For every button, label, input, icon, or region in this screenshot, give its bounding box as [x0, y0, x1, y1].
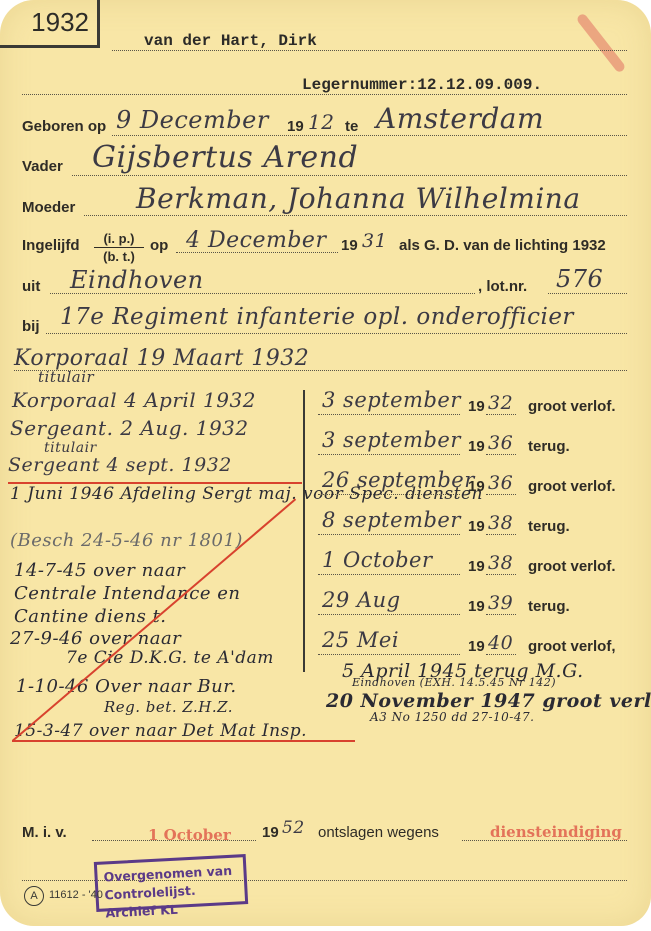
discharge-date-stamp: 1 October: [148, 826, 231, 844]
origin-label: uit: [22, 278, 40, 295]
mother-label: Moeder: [22, 199, 75, 216]
discharge-reason-stamp: diensteindiging: [490, 823, 622, 841]
enlisted-suffix: als G. D. van de lichting 1932: [399, 237, 606, 254]
row-year-prefix: 19: [468, 478, 485, 495]
row-year-suffix: 36: [488, 432, 513, 454]
enlisted-dotted-line: [176, 252, 338, 253]
unit-value: 17e Regiment infanterie opl. onderoffici…: [60, 304, 574, 330]
fraction-bar: [94, 247, 144, 248]
discharge-year-suffix: 52: [282, 818, 305, 838]
row-status: terug.: [528, 598, 570, 615]
column-divider: [303, 390, 305, 672]
archive-stamp: Overgenomen van Controlelijst. Archief K…: [94, 854, 248, 912]
father-dotted-line: [72, 175, 627, 176]
enlisted-date: 4 December: [186, 228, 326, 253]
enlisted-fraction: (i. p.) (b. t.): [94, 231, 144, 264]
row-date: 26 september: [322, 468, 475, 492]
red-cancel-line-bottom: [12, 740, 355, 742]
row-year-suffix: 40: [488, 632, 513, 654]
row-status: terug.: [528, 438, 570, 455]
origin-place: Eindhoven: [70, 266, 204, 294]
birth-te-label: te: [345, 118, 358, 135]
left-entry: Korporaal 4 April 1932: [12, 388, 256, 412]
discharge-year-prefix: 19: [262, 824, 279, 841]
left-entry: 1-10-46 Over naar Bur.: [16, 676, 237, 697]
row-year-suffix: 38: [488, 512, 513, 534]
row-date: 3 september: [322, 428, 461, 452]
left-entry: 15-3-47 over naar Det Mat Insp.: [14, 721, 307, 741]
row-status: terug.: [528, 518, 570, 535]
red-cancel-line-top: [8, 482, 302, 484]
mother-dotted-line: [84, 215, 627, 216]
row-year-prefix: 19: [468, 598, 485, 615]
lot-number-label: , lot.nr.: [478, 278, 527, 295]
row-year-dotted-line: [486, 494, 516, 495]
origin-dotted-line: [50, 293, 475, 294]
row-year-prefix: 19: [468, 558, 485, 575]
left-entry: Sergeant. 2 Aug. 1932: [10, 416, 249, 440]
birth-place: Amsterdam: [376, 102, 544, 135]
extra-entry-small: A3 No 1250 dd 27-10-47.: [370, 710, 534, 724]
row-year-prefix: 19: [468, 438, 485, 455]
row-date-dotted-line: [318, 454, 460, 455]
soldier-name: van der Hart, Dirk: [144, 32, 317, 50]
row-date-dotted-line: [318, 414, 460, 415]
enlisted-year-suffix: 31: [362, 230, 387, 252]
extra-entry: 20 November 1947 groot verlof.: [326, 690, 651, 712]
left-entry: Centrale Intendance en: [14, 583, 240, 604]
row-status: groot verlof.: [528, 398, 616, 415]
father-name: Gijsbertus Arend: [92, 140, 358, 175]
left-entry-pencil: (Besch 24-5-46 nr 1801): [10, 530, 243, 551]
name-dotted-line: [112, 50, 627, 51]
row-year-suffix: 32: [488, 392, 513, 414]
row-year-suffix: 38: [488, 552, 513, 574]
lichting-year-box: 1932: [0, 0, 100, 48]
birth-year-suffix: 12: [308, 110, 334, 134]
left-entry: 7e Cie D.K.G. te A'dam: [66, 648, 274, 668]
row-date: 25 Mei: [322, 628, 399, 652]
birth-year-prefix: 19: [287, 118, 304, 135]
army-number: Legernummer:12.12.09.009.: [302, 76, 542, 94]
enlisted-op-label: op: [150, 237, 168, 254]
row-year-dotted-line: [486, 574, 516, 575]
fraction-bottom: (b. t.): [94, 249, 144, 264]
row-year-prefix: 19: [468, 398, 485, 415]
row-year-dotted-line: [486, 654, 516, 655]
row-year-dotted-line: [486, 614, 516, 615]
left-entry: 14-7-45 over naar: [14, 560, 185, 581]
lot-dotted-line: [548, 293, 627, 294]
left-entry: Sergeant 4 sept. 1932: [8, 454, 232, 476]
left-entry: Reg. bet. Z.H.Z.: [104, 698, 233, 716]
unit-dotted-line: [46, 333, 627, 334]
military-record-card: 1932 van der Hart, Dirk Legernummer:12.1…: [0, 0, 651, 926]
row-year-dotted-line: [486, 414, 516, 415]
discharge-label: M. i. v.: [22, 824, 67, 841]
left-entry: Cantine diens t.: [14, 606, 167, 627]
left-entry: 27-9-46 over naar: [10, 628, 181, 649]
row-date-dotted-line: [318, 614, 460, 615]
red-crayon-mark: [576, 12, 627, 73]
birth-label: Geboren op: [22, 118, 106, 135]
row-year-dotted-line: [486, 454, 516, 455]
row-year-prefix: 19: [468, 638, 485, 655]
printer-logo-icon: A: [24, 886, 44, 906]
row-year-dotted-line: [486, 534, 516, 535]
promotion-dotted-line: [14, 370, 627, 371]
row-status: groot verlof.: [528, 558, 616, 575]
row-year-suffix: 36: [488, 472, 513, 494]
mother-name: Berkman, Johanna Wilhelmina: [136, 182, 581, 215]
row-date-dotted-line: [318, 654, 460, 655]
stamp-line-2: Controlelijst. Archief KL: [104, 879, 240, 922]
form-number: 11612 - '40: [49, 889, 103, 901]
row-date-dotted-line: [318, 494, 460, 495]
lot-number: 576: [556, 265, 603, 293]
extra-entry-small: Eindhoven (EXH. 14.5.45 Nr 142): [352, 676, 556, 689]
father-label: Vader: [22, 158, 63, 175]
row-status: groot verlof,: [528, 638, 616, 655]
left-entry: titulair: [38, 368, 94, 386]
enlisted-year-prefix: 19: [341, 237, 358, 254]
row-date-dotted-line: [318, 574, 460, 575]
row-date: 8 september: [322, 508, 461, 532]
unit-label: bij: [22, 318, 40, 335]
enlisted-label: Ingelijfd: [22, 237, 80, 254]
row-date-dotted-line: [318, 534, 460, 535]
row-date: 1 October: [322, 548, 433, 572]
discharge-reason-label: ontslagen wegens: [318, 824, 439, 841]
row-date: 29 Aug: [322, 588, 401, 612]
army-number-dotted-line: [22, 94, 627, 95]
row-date: 3 september: [322, 388, 461, 412]
fraction-top: (i. p.): [94, 231, 144, 246]
birth-date: 9 December: [116, 106, 269, 134]
birth-dotted-line: [112, 135, 627, 136]
row-year-suffix: 39: [488, 592, 513, 614]
row-year-prefix: 19: [468, 518, 485, 535]
row-status: groot verlof.: [528, 478, 616, 495]
